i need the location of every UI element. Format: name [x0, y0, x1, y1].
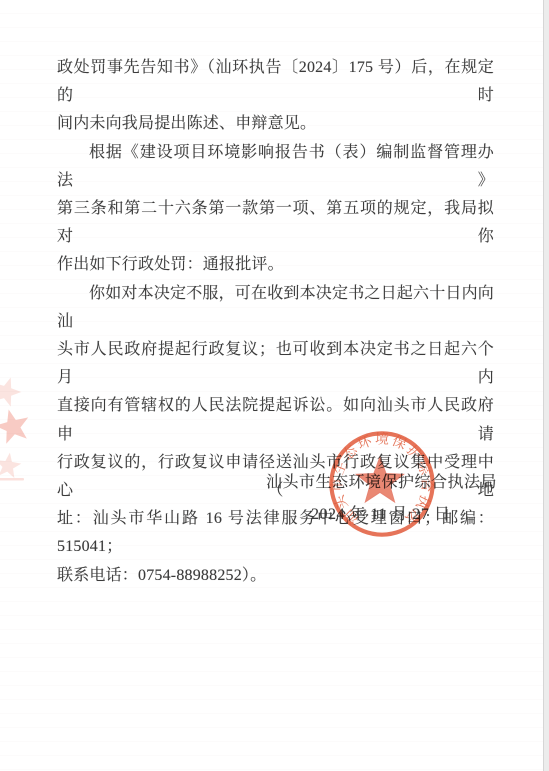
- body-line: 联系电话：0754-88988252）。: [57, 562, 494, 590]
- body-line: 政处罚事先告知书》（汕环执告〔2024〕175 号）后，在规定的时: [57, 54, 494, 110]
- ghost-stamp-marks: [0, 370, 50, 500]
- body-line: 间内未向我局提出陈述、申辩意见。: [57, 110, 494, 138]
- body-line: 头市人民政府提起行政复议；也可收到本决定书之日起六个月内: [57, 336, 494, 392]
- seal-star-icon: [356, 457, 403, 502]
- ghost-stamp-star-icon: [0, 373, 33, 481]
- body-line: 第三条和第二十六条第一款第一项、第五项的规定，我局拟对你: [57, 195, 494, 251]
- scan-page-edge: [543, 0, 549, 771]
- body-line: 根据《建设项目环境影响报告书（表）编制监督管理办法》: [57, 139, 494, 195]
- official-seal-stamp: 汕头市生态环境保护综合执法局: [320, 422, 444, 546]
- body-line: 作出如下行政处罚：通报批评。: [57, 251, 494, 279]
- body-line: 你如对本决定不服，可在收到本决定书之日起六十日内向汕: [57, 280, 494, 336]
